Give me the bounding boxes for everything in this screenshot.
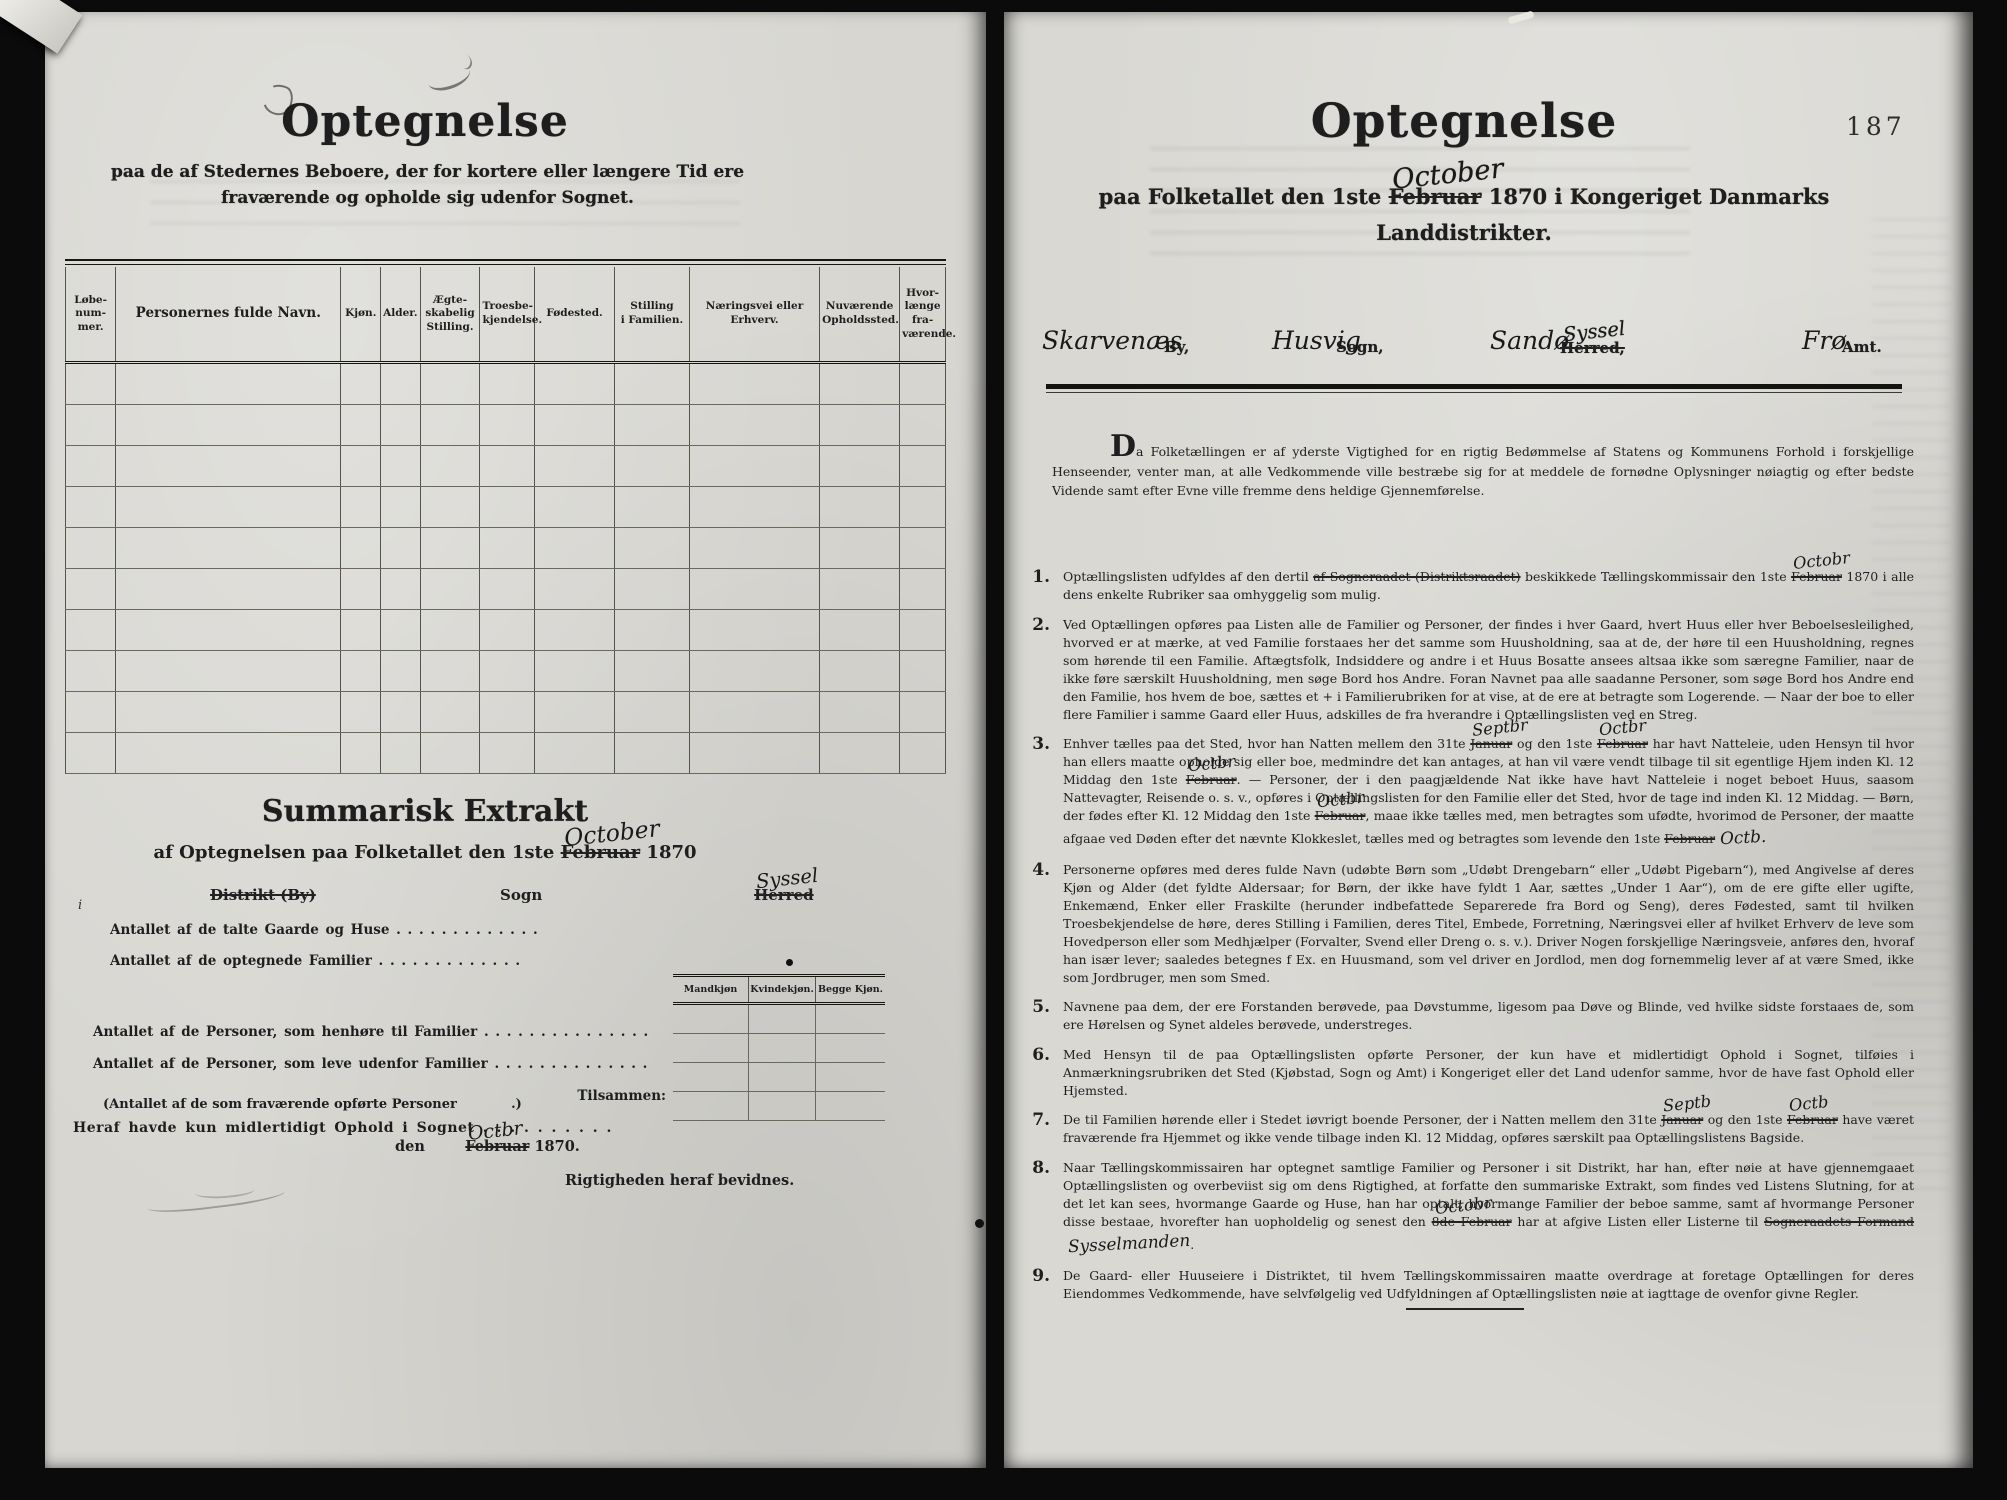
- right-page-subtitle-line2: Landdistrikter.: [1014, 220, 1914, 245]
- column-header: Mandkjøn: [673, 977, 748, 1002]
- item-number: 9.: [1020, 1267, 1050, 1303]
- table-empty-cell: [615, 446, 690, 487]
- summary-location-line: Distrikt (By) Sogn Herred Syssel: [45, 886, 986, 904]
- item-text: De til Familien hørende eller i Stedet i…: [1063, 1111, 1914, 1147]
- count-table-empty-cell: [815, 1092, 885, 1121]
- table-empty-cell: [900, 446, 946, 487]
- table-empty-cell: [900, 405, 946, 446]
- item-number: 7.: [1020, 1111, 1050, 1147]
- table-empty-cell: [341, 651, 381, 692]
- struck-text: FebruarOctbr: [465, 1138, 529, 1155]
- count-table-empty-cell: [815, 1005, 885, 1034]
- struck-text: FebruarOctb: [1787, 1112, 1838, 1127]
- left-page-subtitle: paa de af Stedernes Beboere, der for kor…: [100, 160, 755, 211]
- table-header-row: Løbe- num- mer. Personernes fulde Navn. …: [66, 267, 946, 363]
- item-number: 2.: [1020, 616, 1050, 724]
- table-empty-cell: [689, 569, 819, 610]
- heavy-divider-rule: [1046, 384, 1902, 393]
- table-empty-cell: [116, 733, 341, 774]
- absence-register-table: Løbe- num- mer. Personernes fulde Navn. …: [65, 267, 946, 774]
- count-table-empty-cell: [815, 1063, 885, 1092]
- table-empty-cell: [381, 446, 421, 487]
- column-header: Begge Kjøn.: [815, 977, 885, 1002]
- introduction-paragraph: Da Folketællingen er af yderste Vigtighe…: [1052, 432, 1914, 501]
- table-empty-cell: [66, 610, 116, 651]
- table-empty-cell: [420, 692, 480, 733]
- instruction-item: 2.Ved Optællingen opføres paa Listen all…: [1020, 616, 1914, 724]
- table-empty-cell: [615, 651, 690, 692]
- struck-text-content: Februar: [1389, 184, 1482, 209]
- table-empty-cell: [900, 569, 946, 610]
- table-empty-cell: [480, 405, 535, 446]
- count-table-empty-cell: [748, 1063, 815, 1092]
- table-empty-cell: [66, 363, 116, 405]
- table-empty-cell: [420, 446, 480, 487]
- handwritten-island-name: Sandø: [1490, 326, 1569, 355]
- table-empty-cell: [820, 651, 900, 692]
- count-table-empty-cell: [673, 1063, 748, 1092]
- herred-label: Herred,: [1560, 339, 1625, 357]
- table-empty-cell: [381, 569, 421, 610]
- column-header: Næringsvei eller Erhverv.: [689, 267, 819, 363]
- summary-row-label: Antallet af de Personer, som leve udenfo…: [93, 1056, 647, 1072]
- item-number: 8.: [1020, 1159, 1050, 1255]
- item-number: 3.: [1020, 735, 1050, 849]
- struck-text-content: Februar: [1597, 736, 1648, 751]
- column-header: Nuværende Opholdssted.: [820, 267, 900, 363]
- instruction-item: 8.Naar Tællingskommissairen har optegnet…: [1020, 1159, 1914, 1255]
- struck-text-content: Februar: [1315, 808, 1366, 823]
- table-empty-cell: [535, 733, 615, 774]
- ink-dot: [786, 959, 793, 966]
- district-label: Distrikt (By): [210, 886, 316, 904]
- date-line: den FebruarOctbr 1870.: [395, 1138, 580, 1155]
- table-empty-cell: [900, 651, 946, 692]
- table-empty-row: [66, 446, 946, 487]
- item-text: Ved Optællingen opføres paa Listen alle …: [1063, 616, 1914, 724]
- table-empty-cell: [900, 692, 946, 733]
- struck-text: FebruarOctobr: [1791, 569, 1842, 584]
- struck-text: FebruarOctbr: [1597, 736, 1648, 751]
- ink-dot: [975, 1219, 984, 1228]
- item-text: Naar Tællingskommissairen har optegnet s…: [1063, 1159, 1914, 1255]
- table-empty-row: [66, 610, 946, 651]
- table-empty-cell: [420, 487, 480, 528]
- table-empty-cell: [420, 569, 480, 610]
- table-empty-cell: [480, 733, 535, 774]
- table-empty-cell: [480, 446, 535, 487]
- attestation-line: Rigtigheden heraf bevidnes.: [565, 1172, 794, 1189]
- instruction-item: 7.De til Familien hørende eller i Stedet…: [1020, 1111, 1914, 1147]
- count-table-empty-cell: [673, 1005, 748, 1034]
- table-empty-cell: [480, 692, 535, 733]
- summary-subtitle: af Optegnelsen paa Folketallet den 1ste …: [45, 842, 805, 863]
- handwritten-town-name: Skarvenæs: [1042, 326, 1182, 355]
- table-empty-cell: [535, 610, 615, 651]
- struck-text: af Sogneraadet (Distriktsraadet): [1313, 569, 1520, 584]
- table-empty-cell: [381, 363, 421, 405]
- table-empty-row: [66, 733, 946, 774]
- table-empty-cell: [116, 363, 341, 405]
- struck-text-content: Februar: [1787, 1112, 1838, 1127]
- table-empty-cell: [341, 405, 381, 446]
- table-empty-cell: [420, 363, 480, 405]
- item-text: De Gaard- eller Huuseiere i Distriktet, …: [1063, 1267, 1914, 1303]
- struck-text-content: Sogneraadets Formand: [1764, 1214, 1914, 1229]
- table-empty-cell: [535, 651, 615, 692]
- left-page-title: Optegnelse: [45, 96, 805, 147]
- column-header: Kvindekjøn.: [748, 977, 815, 1002]
- count-table-empty-cell: [748, 1005, 815, 1034]
- table-empty-cell: [535, 446, 615, 487]
- table-empty-row: [66, 487, 946, 528]
- table-empty-cell: [420, 528, 480, 569]
- item-text: Navnene paa dem, der ere Forstanden berø…: [1063, 998, 1914, 1034]
- left-page: Optegnelse paa de af Stedernes Beboere, …: [45, 12, 986, 1468]
- struck-text-content: Februar: [465, 1138, 529, 1155]
- sogn-label: Sogn: [500, 886, 542, 904]
- table-empty-cell: [820, 363, 900, 405]
- table-empty-cell: [820, 446, 900, 487]
- table-empty-cell: [689, 446, 819, 487]
- table-empty-cell: [689, 363, 819, 405]
- table-empty-row: [66, 692, 946, 733]
- table-empty-cell: [689, 528, 819, 569]
- table-empty-cell: [615, 692, 690, 733]
- summary-row-label: Heraf havde kun midlertidigt Ophold i So…: [73, 1120, 612, 1136]
- table-empty-row: [66, 528, 946, 569]
- table-empty-cell: [66, 692, 116, 733]
- herred-label-struck: Herred Syssel: [754, 886, 814, 904]
- column-header: Troesbe- kjendelse.: [480, 267, 535, 363]
- table-empty-cell: [535, 569, 615, 610]
- column-header: Personernes fulde Navn.: [116, 267, 341, 363]
- column-header: Løbe- num- mer.: [66, 267, 116, 363]
- instruction-item: 5.Navnene paa dem, der ere Forstanden be…: [1020, 998, 1914, 1034]
- column-header: Kjøn.: [341, 267, 381, 363]
- table-empty-cell: [116, 487, 341, 528]
- summary-line-families: Antallet af de optegnede Familier . . . …: [110, 953, 520, 969]
- struck-text: 8de FebruarOctobr: [1432, 1214, 1512, 1229]
- struck-text: FebruarOctober: [561, 842, 641, 863]
- struck-text: JanuarSeptbr: [1470, 736, 1512, 751]
- herred-label: Herred: [754, 886, 814, 904]
- table-empty-cell: [615, 487, 690, 528]
- column-header: Stilling i Familien.: [615, 267, 690, 363]
- table-empty-cell: [820, 692, 900, 733]
- table-empty-cell: [66, 733, 116, 774]
- table-empty-cell: [116, 446, 341, 487]
- handwritten-correction: Octb.: [1719, 824, 1766, 851]
- table-empty-cell: [116, 405, 341, 446]
- instruction-item: 6.Med Hensyn til de paa Optællingslisten…: [1020, 1046, 1914, 1100]
- sogn-label: Sogn,: [1336, 338, 1383, 356]
- table-empty-cell: [116, 651, 341, 692]
- table-empty-cell: [341, 363, 381, 405]
- table-empty-cell: [615, 528, 690, 569]
- right-page-title: Optegnelse: [1014, 94, 1914, 149]
- table-empty-cell: [66, 651, 116, 692]
- table-empty-cell: [689, 692, 819, 733]
- handwritten-county-name: Frø: [1802, 326, 1846, 355]
- table-empty-cell: [420, 733, 480, 774]
- table-empty-cell: [381, 651, 421, 692]
- struck-text-content: Januar: [1661, 1112, 1703, 1127]
- table-empty-cell: [381, 528, 421, 569]
- table-empty-cell: [341, 569, 381, 610]
- table-empty-cell: [689, 405, 819, 446]
- scanned-census-document: Optegnelse paa de af Stedernes Beboere, …: [0, 0, 2007, 1500]
- table-empty-cell: [689, 487, 819, 528]
- table-empty-row: [66, 363, 946, 405]
- table-empty-cell: [381, 733, 421, 774]
- table-empty-cell: [480, 528, 535, 569]
- instruction-item: 9.De Gaard- eller Huuseiere i Distriktet…: [1020, 1267, 1914, 1303]
- column-header: Ægte- skabelig Stilling.: [420, 267, 480, 363]
- summary-total-label: Tilsammen:: [577, 1088, 666, 1104]
- table-empty-cell: [900, 733, 946, 774]
- table-empty-cell: [341, 692, 381, 733]
- struck-text-content: Februar: [561, 842, 641, 863]
- table-top-rule: [65, 259, 946, 265]
- table-empty-cell: [535, 363, 615, 405]
- table-empty-cell: [535, 528, 615, 569]
- table-empty-cell: [116, 528, 341, 569]
- by-label: By,: [1164, 338, 1189, 356]
- struck-text-content: Januar: [1470, 736, 1512, 751]
- summary-row-label: Antallet af de Personer, som henhøre til…: [93, 1024, 648, 1040]
- table-empty-cell: [66, 569, 116, 610]
- table-empty-cell: [66, 528, 116, 569]
- summary-line-farms: Antallet af de talte Gaarde og Huse . . …: [110, 922, 538, 938]
- struck-text: FebruarOctbr: [1186, 772, 1237, 787]
- instruction-item: 3.Enhver tælles paa det Sted, hvor han N…: [1020, 735, 1914, 849]
- table-empty-cell: [615, 733, 690, 774]
- table-empty-cell: [820, 528, 900, 569]
- count-table-empty-cell: [748, 1034, 815, 1063]
- struck-text: Februar: [1664, 831, 1715, 846]
- table-empty-cell: [535, 692, 615, 733]
- table-empty-cell: [381, 487, 421, 528]
- absent-persons-note: (Antallet af de som fraværende opførte P…: [103, 1097, 522, 1112]
- table-empty-cell: [900, 610, 946, 651]
- table-empty-cell: [420, 651, 480, 692]
- item-text: Med Hensyn til de paa Optællingslisten o…: [1063, 1046, 1914, 1100]
- instruction-item: 4.Personerne opføres med deres fulde Nav…: [1020, 861, 1914, 987]
- table-empty-cell: [341, 733, 381, 774]
- struck-text-content: Februar: [1791, 569, 1842, 584]
- table-empty-cell: [420, 610, 480, 651]
- table-empty-cell: [381, 692, 421, 733]
- summary-title: Summarisk Extrakt: [45, 794, 805, 829]
- table-empty-cell: [341, 446, 381, 487]
- herred-label-struck: Herred, Syssel: [1560, 339, 1625, 357]
- closing-rule: [1406, 1308, 1524, 1310]
- struck-text-content: af Sogneraadet (Distriktsraadet): [1313, 569, 1520, 584]
- table-empty-cell: [615, 405, 690, 446]
- struck-text-content: 8de Februar: [1432, 1214, 1512, 1229]
- instruction-item: 1.Optællingslisten udfyldes af den derti…: [1020, 568, 1914, 604]
- table-empty-cell: [116, 569, 341, 610]
- table-empty-cell: [900, 363, 946, 405]
- table-empty-cell: [820, 405, 900, 446]
- table-empty-cell: [615, 569, 690, 610]
- item-number: 6.: [1020, 1046, 1050, 1100]
- right-page-subtitle-line1: paa Folketallet den 1ste FebruarOctober …: [1014, 184, 1914, 209]
- item-number: 5.: [1020, 998, 1050, 1034]
- item-text: Optællingslisten udfyldes af den dertil …: [1063, 568, 1914, 604]
- count-table-empty-cell: [673, 1092, 748, 1121]
- column-header: Alder.: [381, 267, 421, 363]
- table-empty-cell: [420, 405, 480, 446]
- item-number: 4.: [1020, 861, 1050, 987]
- table-empty-cell: [615, 363, 690, 405]
- count-table-empty-cell: [815, 1034, 885, 1063]
- item-text: Personerne opføres med deres fulde Navn …: [1063, 861, 1914, 987]
- district-label-struck: Distrikt (By): [210, 886, 321, 904]
- table-empty-cell: [341, 610, 381, 651]
- struck-text: FebruarOctober: [1389, 184, 1482, 209]
- table-empty-cell: [900, 487, 946, 528]
- table-empty-cell: [535, 487, 615, 528]
- count-table-header: Mandkjøn Kvindekjøn. Begge Kjøn.: [673, 977, 885, 1005]
- table-empty-cell: [535, 405, 615, 446]
- table-empty-cell: [381, 610, 421, 651]
- table-empty-cell: [480, 610, 535, 651]
- table-empty-cell: [820, 569, 900, 610]
- count-table-empty-cell: [673, 1034, 748, 1063]
- instructions-list: 1.Optællingslisten udfyldes af den derti…: [1020, 568, 1914, 1314]
- amt-label: Amt.: [1842, 338, 1882, 356]
- table-empty-cell: [66, 446, 116, 487]
- struck-text: FebruarOctbr: [1315, 808, 1366, 823]
- table-empty-row: [66, 405, 946, 446]
- table-empty-cell: [820, 610, 900, 651]
- location-line: Skarvenæs By, Husvig Sogn, Sandø Herred,…: [1004, 320, 1973, 380]
- table-empty-cell: [66, 487, 116, 528]
- table-empty-cell: [689, 733, 819, 774]
- summary-count-table: Mandkjøn Kvindekjøn. Begge Kjøn.: [673, 974, 885, 1121]
- table-empty-cell: [480, 569, 535, 610]
- table-empty-cell: [689, 651, 819, 692]
- table-empty-cell: [480, 651, 535, 692]
- right-page: 187 Optegnelse paa Folketallet den 1ste …: [1004, 12, 1973, 1468]
- table-empty-cell: [480, 487, 535, 528]
- column-header: Fødested.: [535, 267, 615, 363]
- table-empty-cell: [689, 610, 819, 651]
- struck-text-content: Februar: [1186, 772, 1237, 787]
- table-empty-cell: [66, 405, 116, 446]
- struck-text: Sogneraadets Formand: [1764, 1214, 1914, 1229]
- table-empty-cell: [116, 610, 341, 651]
- table-empty-cell: [341, 487, 381, 528]
- column-header: Hvor- længe fra- værende.: [900, 267, 946, 363]
- table-empty-cell: [381, 405, 421, 446]
- table-empty-cell: [480, 363, 535, 405]
- table-empty-cell: [116, 692, 341, 733]
- item-text: Enhver tælles paa det Sted, hvor han Nat…: [1063, 735, 1914, 849]
- count-table-empty-cell: [748, 1092, 815, 1121]
- table-empty-row: [66, 569, 946, 610]
- struck-text-content: Februar: [1664, 831, 1715, 846]
- handwritten-correction: Sysselmanden: [1067, 1228, 1190, 1259]
- table-empty-cell: [341, 528, 381, 569]
- item-number: 1.: [1020, 568, 1050, 604]
- struck-text: JanuarSeptb: [1661, 1112, 1703, 1127]
- table-empty-row: [66, 651, 946, 692]
- table-empty-cell: [615, 610, 690, 651]
- table-empty-cell: [820, 487, 900, 528]
- table-empty-cell: [900, 528, 946, 569]
- table-empty-cell: [820, 733, 900, 774]
